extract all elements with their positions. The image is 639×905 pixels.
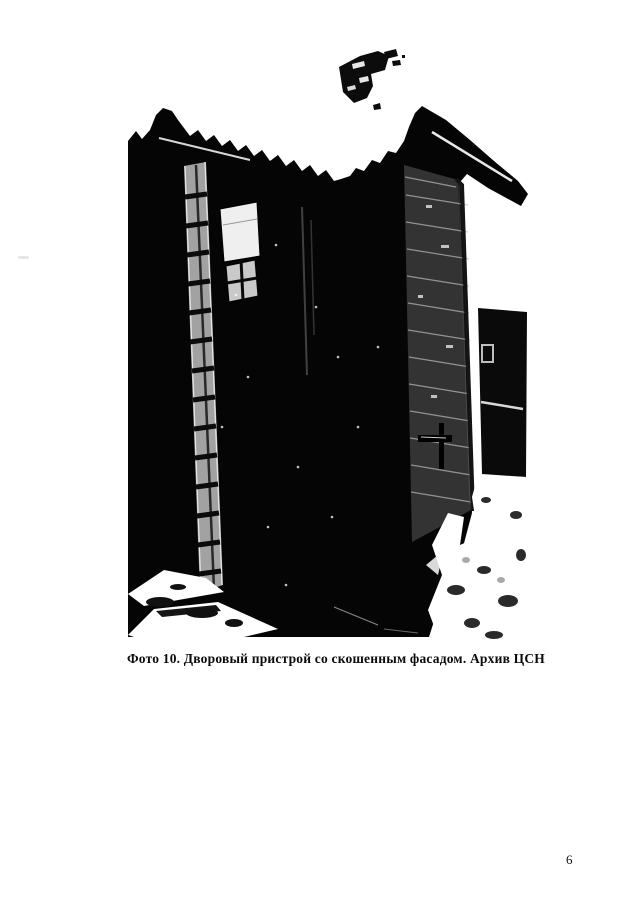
scan-smudge: [18, 256, 29, 259]
photo-10-image: [126, 45, 532, 641]
fence-shed: [478, 308, 527, 477]
page-number: 6: [566, 852, 573, 868]
photo-caption: Фото 10. Дворовый пристрой со скошенным …: [36, 651, 636, 667]
door-latch: [418, 435, 452, 442]
document-page: Фото 10. Дворовый пристрой со скошенным …: [0, 0, 639, 905]
chimney: [339, 49, 405, 110]
building-photo-drawing: [126, 45, 532, 641]
